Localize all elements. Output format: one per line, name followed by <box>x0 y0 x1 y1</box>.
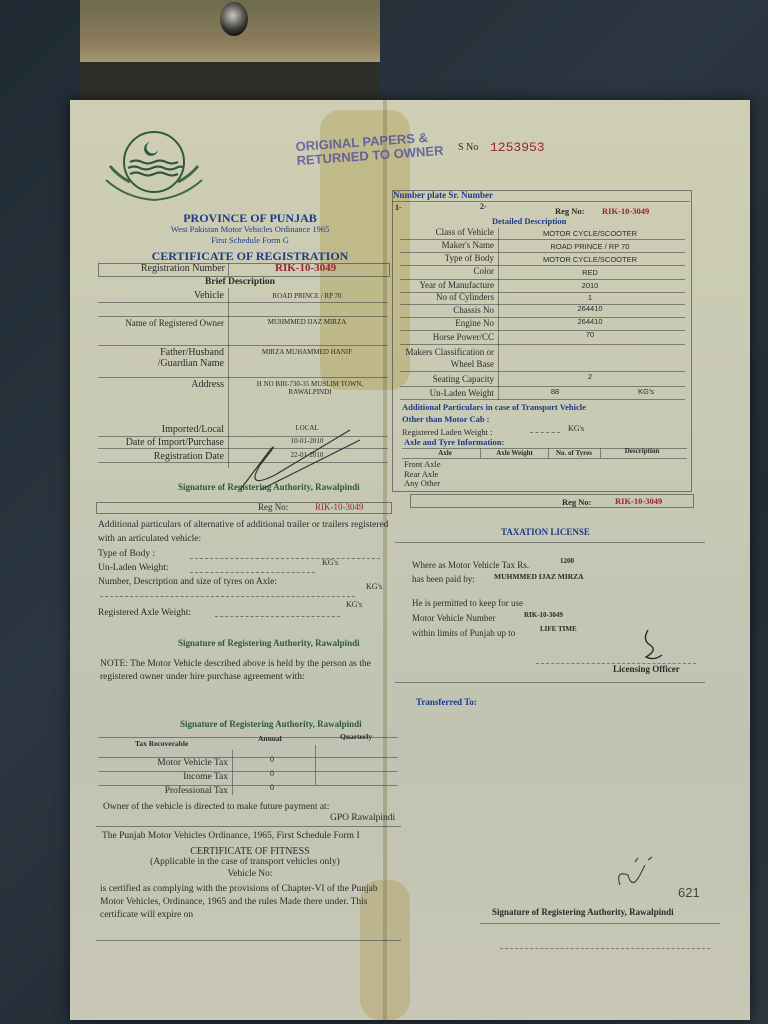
imported-local-label: Imported/Local <box>100 424 224 435</box>
fitness-subtitle: (Applicable in the case of transport veh… <box>120 857 370 867</box>
transport-subheading: Other than Motor Cab : <box>402 414 490 424</box>
year-of-manufacture-label: Year of Manufacture <box>396 280 494 290</box>
any-other-axle-label: Any Other <box>404 478 440 488</box>
trailer-intro-text: Additional particulars of alternative of… <box>98 518 393 546</box>
type-of-body-value: MOTOR CYCLE/SCOOTER <box>500 255 680 264</box>
detailed-description-heading: Detailed Description <box>492 216 566 226</box>
plate-col-2: 2- <box>480 202 487 211</box>
registration-number-value: RIK-10-3049 <box>275 262 336 274</box>
plate-reg-value: RIK-10-3049 <box>602 206 649 216</box>
permission-text: He is permitted to keep for use <box>412 598 523 608</box>
vehicle-number-label: Motor Vehicle Number <box>412 613 495 623</box>
signature-caption: Signature of Registering Authority, Rawa… <box>178 482 360 492</box>
owner-name-label: Name of Registered Owner <box>100 318 224 328</box>
paid-by-label: has been paid by: <box>412 574 475 584</box>
serial-label: S No <box>458 142 478 153</box>
taxation-reg-value: RIK-10-3049 <box>615 496 662 506</box>
professional-tax-label: Professional Tax <box>100 786 228 796</box>
screw-head <box>220 2 248 36</box>
engine-no-value: 264410 <box>500 317 680 326</box>
ordinance-line: West Pakistan Motor Vehicles Ordinance 1… <box>140 224 360 234</box>
registered-axle-weight-label: Registered Axle Weight: <box>98 608 191 618</box>
front-axle-label: Front Axle <box>404 459 441 469</box>
kg-unit: KG's <box>366 582 382 591</box>
kg-unit: KG's <box>322 558 338 567</box>
makers-name-value: ROAD PRINCE / RP 70 <box>500 242 680 251</box>
paid-by-value: MUHMMED IJAZ MIRZA <box>494 572 584 581</box>
tax-header-annual: Annual <box>258 734 282 743</box>
transferred-to-label: Transferred To: <box>416 697 477 707</box>
tax-paid-label: Where as Motor Vehicle Tax Rs. <box>412 560 529 570</box>
urdu-handwriting-icon <box>610 850 670 900</box>
unladen-weight-unit: KG's <box>638 387 654 396</box>
registration-date-label: Registration Date <box>100 451 224 462</box>
income-tax-annual: 0 <box>262 769 282 778</box>
vehicle-label: Vehicle <box>100 290 224 301</box>
officer-signature-icon <box>640 625 670 665</box>
guardian-name-label: Father/Husband /Guardian Name <box>130 347 224 369</box>
payment-note: Owner of the vehicle is directed to make… <box>103 802 329 812</box>
income-tax-label: Income Tax <box>100 772 228 782</box>
class-of-vehicle-value: MOTOR CYCLE/SCOOTER <box>500 229 680 238</box>
axle-weight-header: Axle Weight <box>482 449 547 457</box>
kg-unit: KG's <box>346 600 362 609</box>
punjab-emblem-icon <box>100 130 208 208</box>
chassis-no-label: Chassis No <box>400 305 494 315</box>
guardian-name-value: MIRZA MUHAMMED HANIF <box>232 348 382 356</box>
transport-heading: Additional Particulars in case of Transp… <box>402 402 586 412</box>
serial-number: 1253953 <box>490 140 545 155</box>
fitness-body: is certified as complying with the provi… <box>100 883 400 922</box>
cylinders-value: 1 <box>500 293 680 302</box>
makers-classification-label: Makers Classification or Wheel Base <box>400 346 494 370</box>
makers-name-label: Maker's Name <box>400 240 494 250</box>
payment-place: GPO Rawalpindi <box>330 813 395 823</box>
tax-header-recoverable: Tax Recoverable <box>135 739 188 748</box>
plate-reg-label: Reg No: <box>555 206 585 216</box>
address-label: Address <box>100 379 224 390</box>
tax-paid-value: 1200 <box>560 557 574 565</box>
horse-power-label: Horse Power/CC <box>400 332 494 342</box>
type-of-body-label: Type of Body <box>400 253 494 263</box>
color-value: RED <box>500 268 680 277</box>
color-label: Color <box>400 266 494 276</box>
page-fold <box>383 100 387 1020</box>
professional-tax-annual: 0 <box>262 783 282 792</box>
hire-purchase-note: NOTE: The Motor Vehicle described above … <box>100 658 395 684</box>
unladen-weight-value: 88 <box>540 387 570 396</box>
number-plate-heading: Number plate Sr. Number <box>393 190 493 200</box>
licensing-officer-caption: Licensing Officer <box>613 664 680 674</box>
laden-weight-label: Registered Laden Weight : <box>402 427 493 437</box>
taxation-reg-label: Reg No: <box>562 497 592 507</box>
class-of-vehicle-label: Class of Vehicle <box>400 227 494 237</box>
axle-description-header: Description <box>602 447 682 455</box>
seating-capacity-value: 2 <box>500 372 680 381</box>
brief-description-heading: Brief Description <box>180 277 300 287</box>
engine-no-label: Engine No <box>400 318 494 328</box>
bottom-signature-caption: Signature of Registering Authority, Rawa… <box>492 907 674 917</box>
validity-label: within limits of Punjab up to <box>412 628 515 638</box>
validity-value: LIFE TIME <box>540 625 577 633</box>
axle-tyre-heading: Axle and Tyre Information: <box>404 437 504 447</box>
year-of-manufacture-value: 2010 <box>500 281 680 290</box>
signature-caption: Signature of Registering Authority, Rawa… <box>178 638 360 648</box>
fitness-ordinance: The Punjab Motor Vehicles Ordinance, 196… <box>102 831 360 841</box>
trailer-reg-label: Reg No: <box>258 502 288 512</box>
tax-header-quarterly: Quarterly <box>340 732 372 741</box>
fitness-title: CERTIFICATE OF FITNESS <box>150 846 350 857</box>
handwritten-number: 621 <box>678 885 700 900</box>
cylinders-label: No of Cylinders <box>400 292 494 302</box>
trailer-reg-value: RIK-10-3049 <box>315 502 364 512</box>
laden-weight-unit: KG's <box>568 424 584 433</box>
trailer-unladen-label: Un-Laden Weight: <box>98 563 169 573</box>
address-value: H NO BIII-730-35 MUSLIM TOWN, RAWALPINDI <box>240 380 380 396</box>
signature-caption: Signature of Registering Authority, Rawa… <box>180 719 362 729</box>
horse-power-value: 70 <box>500 330 680 339</box>
board-strip <box>80 62 380 100</box>
purchase-date-label: Date of Import/Purchase <box>100 437 224 448</box>
tyres-header: No. of Tyres <box>549 449 599 457</box>
unladen-weight-label: Un-Laden Weight <box>400 388 494 398</box>
motor-vehicle-tax-label: Motor Vehicle Tax <box>100 758 228 768</box>
type-of-body-label: Type of Body : <box>98 549 155 559</box>
axle-header: Axle <box>420 449 470 457</box>
seating-capacity-label: Seating Capacity <box>400 374 494 384</box>
chassis-no-value: 264410 <box>500 304 680 313</box>
fitness-vehicle-no: Vehicle No: <box>180 869 320 879</box>
registration-number-label: Registration Number <box>100 263 225 274</box>
tyres-label: Number, Description and size of tyres on… <box>98 577 277 587</box>
plate-col-1: 1- <box>395 203 402 212</box>
taxation-license-title: TAXATION LICENSE <box>501 527 590 537</box>
motor-vehicle-tax-annual: 0 <box>262 755 282 764</box>
vehicle-value: ROAD PRINCE / RP 70 <box>232 292 382 300</box>
owner-name-value: MUHMMED IJAZ MIRZA <box>232 318 382 326</box>
form-line: First Schedule Form G <box>150 235 350 245</box>
vehicle-number-value: RIK-10-3049 <box>524 611 563 619</box>
